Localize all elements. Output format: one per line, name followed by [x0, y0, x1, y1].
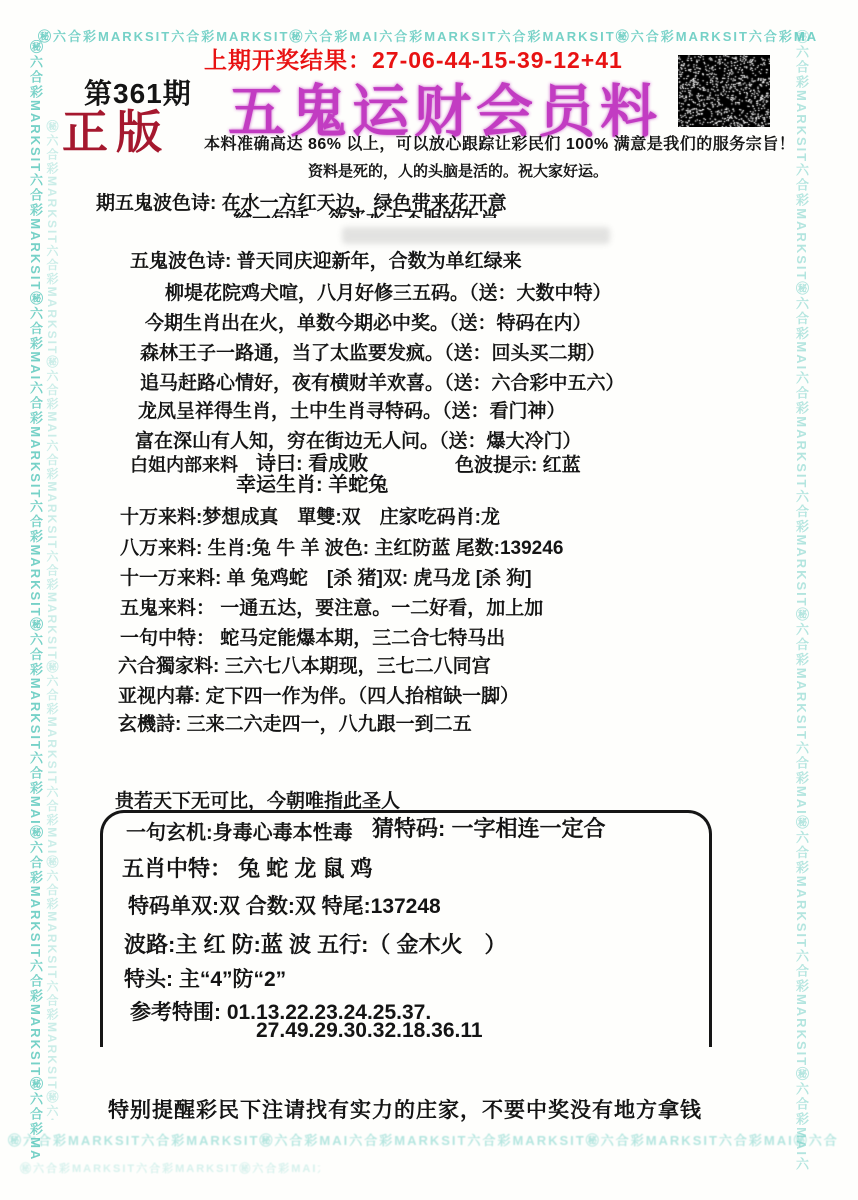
blur-smudge: [342, 227, 610, 244]
baijie-sebo: 色波提示: 红蓝: [455, 450, 581, 477]
watermark-strip-bottom: ㊙六合彩MARKSIT六合彩MARKSIT㊙六合彩MAI六合彩MARKSIT六合…: [8, 1130, 838, 1150]
footer-warning: 特别提醒彩民下注请找有实力的庄家，不要中奖没有地方拿钱: [108, 1094, 702, 1124]
qr-noise-block: [678, 55, 770, 127]
tip-row: 五鬼来料： 一通五达，要注意。一二好看，加上加: [120, 593, 543, 620]
tip-row: 八万来料: 生肖:兔 牛 羊 波色: 主红防蓝 尾数:139246: [120, 533, 563, 560]
watermark-strip-left-inner: ㊙六合彩MARKSIT六合彩MARKSIT㊙六合彩MAI六合彩MARKSIT六合…: [45, 120, 61, 1120]
box-cankao-line2: 27.49.29.30.32.18.36.11: [256, 1019, 483, 1043]
poem-line: 龙凤呈祥得生肖，土中生肖寻特码。（送：看门神）: [138, 396, 566, 423]
tip-row: 玄機詩: 三来二六走四一，八九跟一到二五: [118, 709, 472, 736]
poem-intro-clipped-line: 给一句话，欲买水土不服的生肖。: [233, 204, 518, 218]
box-cai-tema: 猜特码: 一字相连一定合: [372, 812, 605, 843]
watermark-strip-left: ㊙六合彩MARKSIT六合彩MARKSIT㊙六合彩MAI六合彩MARKSIT六合…: [27, 40, 45, 1160]
poem-line: 柳堤花院鸡犬喧，八月好修三五码。（送：大数中特）: [165, 278, 612, 305]
poem-line: 五鬼波色诗: 普天同庆迎新年，合数为单红绿来: [130, 246, 522, 273]
tip-sheet-page: ㊙六合彩MARKSIT六合彩MARKSIT㊙六合彩MAI六合彩MARKSIT六合…: [0, 0, 858, 1200]
luck-slogan: 资料是死的，人的头脑是活的。祝大家好运。: [308, 160, 608, 181]
watermark-strip-right: ㊙六合彩MARKSIT六合彩MARKSIT㊙六合彩MAI六合彩MARKSIT六合…: [793, 30, 811, 1170]
baijie-lucky: 幸运生肖: 羊蛇兔: [236, 468, 388, 497]
sage-line: 贵若天下无可比，今朝唯指此圣人: [115, 786, 400, 813]
poem-line: 追马赶路心情好，夜有横财羊欢喜。（送：六合彩中五六）: [140, 368, 625, 395]
box-wuxiao: 五肖中特： 兔 蛇 龙 鼠 鸡: [122, 852, 373, 883]
tip-row: 亚视内幕: 定下四一作为伴。（四人抬棺缺一脚）: [118, 681, 519, 708]
box-tetou: 特头: 主“4”防“2”: [124, 963, 286, 993]
tip-row: 十万来料:梦想成真 單雙:双 庄家吃码肖:龙: [120, 502, 500, 529]
box-danshuang: 特码单双:双 合数:双 特尾:137248: [128, 890, 441, 920]
baijie-label: 白姐内部来料: [130, 451, 238, 477]
accuracy-slogan: 本料准确高达 86% 以上，可以放心跟踪让彩民们 100% 满意是我们的服务宗旨…: [204, 131, 795, 154]
poem-line: 森林王子一路通，当了太监要发疯。（送：回头买二期）: [140, 338, 606, 365]
box-bolu: 波路:主 红 防:蓝 波 五行:（ 金木火 ）: [124, 928, 507, 959]
poem-line: 今期生肖出在火，单数今期必中奖。（送：特码在内）: [145, 308, 592, 335]
tip-row: 十一万来料: 单 兔鸡蛇 [杀 猪]双: 虎马龙 [杀 狗]: [120, 563, 532, 590]
box-xuanji: 一句玄机:身毒心毒本性毒: [126, 816, 353, 845]
watermark-strip-bottom-faint: ㊙六合彩MARKSIT六合彩MARKSIT㊙六合彩MAI六合彩MARKSIT六合…: [20, 1160, 320, 1176]
edition-stamp: 正版: [62, 96, 170, 162]
tip-row: 六合獨家料: 三六七八本期现，三七二八同宫: [118, 651, 491, 678]
tip-row: 一句中特： 蛇马定能爆本期，三二合七特马出: [120, 623, 505, 650]
